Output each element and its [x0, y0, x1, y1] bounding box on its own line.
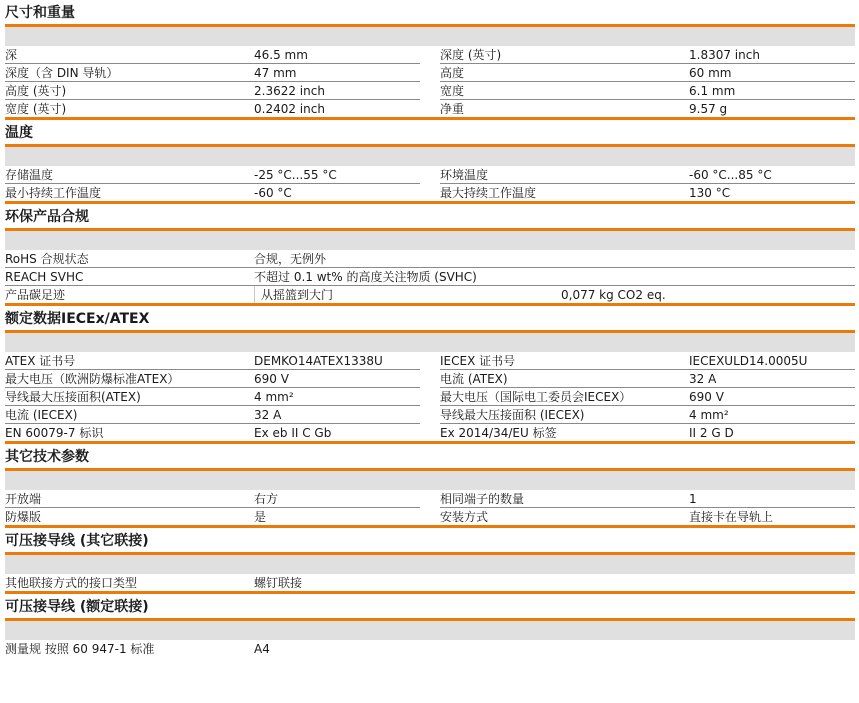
section-environmental: 环保产品合规 RoHS 合规状态合规，无例外 REACH SVHC不超过 0.1… [0, 204, 859, 306]
spec-row: 最大持续工作温度130 °C [440, 184, 855, 201]
section-dimensions: 尺寸和重量 深46.5 mm 深度（含 DIN 导轨）47 mm 高度 (英寸)… [0, 0, 859, 120]
spec-row: 安装方式直接卡在导轨上 [440, 508, 855, 525]
spec-label: 高度 [440, 64, 689, 81]
spec-row: Ex 2014/34/EU 标签II 2 G D [440, 424, 855, 441]
spec-label: 其他联接方式的接口类型 [5, 574, 254, 591]
spec-value: 690 V [689, 388, 855, 405]
spec-value: 4 mm² [254, 388, 420, 405]
section-band [5, 231, 855, 250]
spec-row: 深度（含 DIN 导轨）47 mm [5, 64, 420, 82]
spec-row: 其他联接方式的接口类型螺钉联接 [5, 574, 855, 591]
section-band [5, 147, 855, 166]
spec-row: REACH SVHC不超过 0.1 wt% 的高度关注物质 (SVHC) [5, 268, 855, 286]
spec-value: 0.2402 inch [254, 100, 420, 117]
section-title: 额定数据IECEx/ATEX [5, 306, 855, 333]
spec-row: 最大电压（欧洲防爆标准ATEX）690 V [5, 370, 420, 388]
spec-value: 46.5 mm [254, 46, 420, 63]
spec-label: 相同端子的数量 [440, 490, 689, 507]
spec-value: 130 °C [689, 184, 855, 201]
section-iecex-atex: 额定数据IECEx/ATEX ATEX 证书号DEMKO14ATEX1338U … [0, 306, 859, 444]
spec-value: 0,077 kg CO2 eq. [561, 286, 855, 303]
section-band [5, 27, 855, 46]
spec-value: 1 [689, 490, 855, 507]
spec-row: 宽度6.1 mm [440, 82, 855, 100]
spec-label: 电流 (IECEX) [5, 406, 254, 423]
spec-value: 32 A [254, 406, 420, 423]
spec-row: 开放端右方 [5, 490, 420, 508]
section-band [5, 333, 855, 352]
spec-label: 最大电压（国际电工委员会IECEX） [440, 388, 689, 405]
spec-label: IECEX 证书号 [440, 352, 689, 369]
spec-row: IECEX 证书号IECEXULD14.0005U [440, 352, 855, 370]
spec-row: 产品碳足迹 从摇篮到大门 0,077 kg CO2 eq. [5, 286, 855, 303]
spec-label: 深 [5, 46, 254, 63]
spec-col-left: 深46.5 mm 深度（含 DIN 导轨）47 mm 高度 (英寸)2.3622… [5, 46, 420, 117]
spec-value: 2.3622 inch [254, 82, 420, 99]
spec-label: 高度 (英寸) [5, 82, 254, 99]
spec-label: 产品碳足迹 [5, 286, 254, 303]
spec-label: EN 60079-7 标识 [5, 424, 254, 441]
spec-grid: 开放端右方 防爆版是 相同端子的数量1 安装方式直接卡在导轨上 [5, 490, 855, 525]
section-band [5, 621, 855, 640]
spec-value: 4 mm² [689, 406, 855, 423]
spec-col-right: IECEX 证书号IECEXULD14.0005U 电流 (ATEX)32 A … [440, 352, 855, 441]
spec-label: 存储温度 [5, 166, 254, 183]
section-other-tech: 其它技术参数 开放端右方 防爆版是 相同端子的数量1 安装方式直接卡在导轨上 [0, 444, 859, 528]
spec-row: 相同端子的数量1 [440, 490, 855, 508]
spec-col-right: 深度 (英寸)1.8307 inch 高度60 mm 宽度6.1 mm 净重9.… [440, 46, 855, 117]
spec-row: 测量规 按照 60 947-1 标准A4 [5, 640, 855, 657]
spec-value: 直接卡在导轨上 [689, 508, 855, 525]
section-title: 环保产品合规 [5, 204, 855, 231]
spec-label: 宽度 [440, 82, 689, 99]
spec-label: 导线最大压接面积 (IECEX) [440, 406, 689, 423]
spec-value: 1.8307 inch [689, 46, 855, 63]
section-title: 其它技术参数 [5, 444, 855, 471]
spec-row: 最小持续工作温度-60 °C [5, 184, 420, 201]
spec-label: Ex 2014/34/EU 标签 [440, 424, 689, 441]
spec-grid: 深46.5 mm 深度（含 DIN 导轨）47 mm 高度 (英寸)2.3622… [5, 46, 855, 117]
spec-row: 存储温度-25 °C...55 °C [5, 166, 420, 184]
spec-value: IECEXULD14.0005U [689, 352, 855, 369]
spec-value-split: 从摇篮到大门 0,077 kg CO2 eq. [254, 286, 855, 303]
section-clampable-rated: 可压接导线 (额定联接) 测量规 按照 60 947-1 标准A4 [0, 594, 859, 657]
section-title: 可压接导线 (额定联接) [5, 594, 855, 621]
spec-value: 6.1 mm [689, 82, 855, 99]
spec-value: 不超过 0.1 wt% 的高度关注物质 (SVHC) [254, 268, 855, 285]
spec-value: 32 A [689, 370, 855, 387]
spec-label: 最大持续工作温度 [440, 184, 689, 201]
spec-value: 60 mm [689, 64, 855, 81]
section-temperature: 温度 存储温度-25 °C...55 °C 最小持续工作温度-60 °C 环境温… [0, 120, 859, 204]
spec-row: 环境温度-60 °C...85 °C [440, 166, 855, 184]
spec-value: -25 °C...55 °C [254, 166, 420, 183]
spec-row: EN 60079-7 标识Ex eb II C Gb [5, 424, 420, 441]
spec-grid: 存储温度-25 °C...55 °C 最小持续工作温度-60 °C 环境温度-6… [5, 166, 855, 201]
spec-value: II 2 G D [689, 424, 855, 441]
spec-col-right: 环境温度-60 °C...85 °C 最大持续工作温度130 °C [440, 166, 855, 201]
spec-row: 净重9.57 g [440, 100, 855, 117]
spec-row: 电流 (ATEX)32 A [440, 370, 855, 388]
spec-label: 环境温度 [440, 166, 689, 183]
spec-label: 安装方式 [440, 508, 689, 525]
spec-col-left: 存储温度-25 °C...55 °C 最小持续工作温度-60 °C [5, 166, 420, 201]
spec-label: 最小持续工作温度 [5, 184, 254, 201]
spec-col-left: ATEX 证书号DEMKO14ATEX1338U 最大电压（欧洲防爆标准ATEX… [5, 352, 420, 441]
spec-value: 690 V [254, 370, 420, 387]
spec-label: 导线最大压接面积(ATEX) [5, 388, 254, 405]
section-band [5, 471, 855, 490]
section-title: 可压接导线 (其它联接) [5, 528, 855, 555]
spec-row: 电流 (IECEX)32 A [5, 406, 420, 424]
spec-row: 导线最大压接面积 (IECEX)4 mm² [440, 406, 855, 424]
spec-label: 净重 [440, 100, 689, 117]
section-title: 尺寸和重量 [5, 0, 855, 27]
spec-value: 右方 [254, 490, 420, 507]
spec-row: ATEX 证书号DEMKO14ATEX1338U [5, 352, 420, 370]
spec-value: 47 mm [254, 64, 420, 81]
spec-row: 高度60 mm [440, 64, 855, 82]
spec-row: 深46.5 mm [5, 46, 420, 64]
section-band [5, 555, 855, 574]
spec-value: 合规，无例外 [254, 250, 855, 267]
spec-label: 电流 (ATEX) [440, 370, 689, 387]
spec-row: 高度 (英寸)2.3622 inch [5, 82, 420, 100]
spec-row: RoHS 合规状态合规，无例外 [5, 250, 855, 268]
spec-grid: ATEX 证书号DEMKO14ATEX1338U 最大电压（欧洲防爆标准ATEX… [5, 352, 855, 441]
spec-value: -60 °C...85 °C [689, 166, 855, 183]
spec-row: 防爆版是 [5, 508, 420, 525]
spec-row: 宽度 (英寸)0.2402 inch [5, 100, 420, 117]
spec-row: 导线最大压接面积(ATEX)4 mm² [5, 388, 420, 406]
spec-label: ATEX 证书号 [5, 352, 254, 369]
spec-label: 防爆版 [5, 508, 254, 525]
spec-value: 螺钉联接 [254, 574, 855, 591]
section-title: 温度 [5, 120, 855, 147]
spec-col-right: 相同端子的数量1 安装方式直接卡在导轨上 [440, 490, 855, 525]
spec-value: 9.57 g [689, 100, 855, 117]
spec-label: 测量规 按照 60 947-1 标准 [5, 640, 254, 657]
spec-value: -60 °C [254, 184, 420, 201]
spec-value: Ex eb II C Gb [254, 424, 420, 441]
spec-label: 深度（含 DIN 导轨） [5, 64, 254, 81]
spec-label: RoHS 合规状态 [5, 250, 254, 267]
section-clampable-other: 可压接导线 (其它联接) 其他联接方式的接口类型螺钉联接 [0, 528, 859, 594]
spec-label: 开放端 [5, 490, 254, 507]
spec-row: 深度 (英寸)1.8307 inch [440, 46, 855, 64]
spec-label: 深度 (英寸) [440, 46, 689, 63]
spec-value: DEMKO14ATEX1338U [254, 352, 420, 369]
spec-label: 宽度 (英寸) [5, 100, 254, 117]
spec-label: REACH SVHC [5, 268, 254, 285]
spec-value: A4 [254, 640, 855, 657]
spec-value: 是 [254, 508, 420, 525]
spec-sub-label: 从摇篮到大门 [254, 286, 561, 303]
spec-label: 最大电压（欧洲防爆标准ATEX） [5, 370, 254, 387]
spec-col-left: 开放端右方 防爆版是 [5, 490, 420, 525]
spec-row: 最大电压（国际电工委员会IECEX）690 V [440, 388, 855, 406]
